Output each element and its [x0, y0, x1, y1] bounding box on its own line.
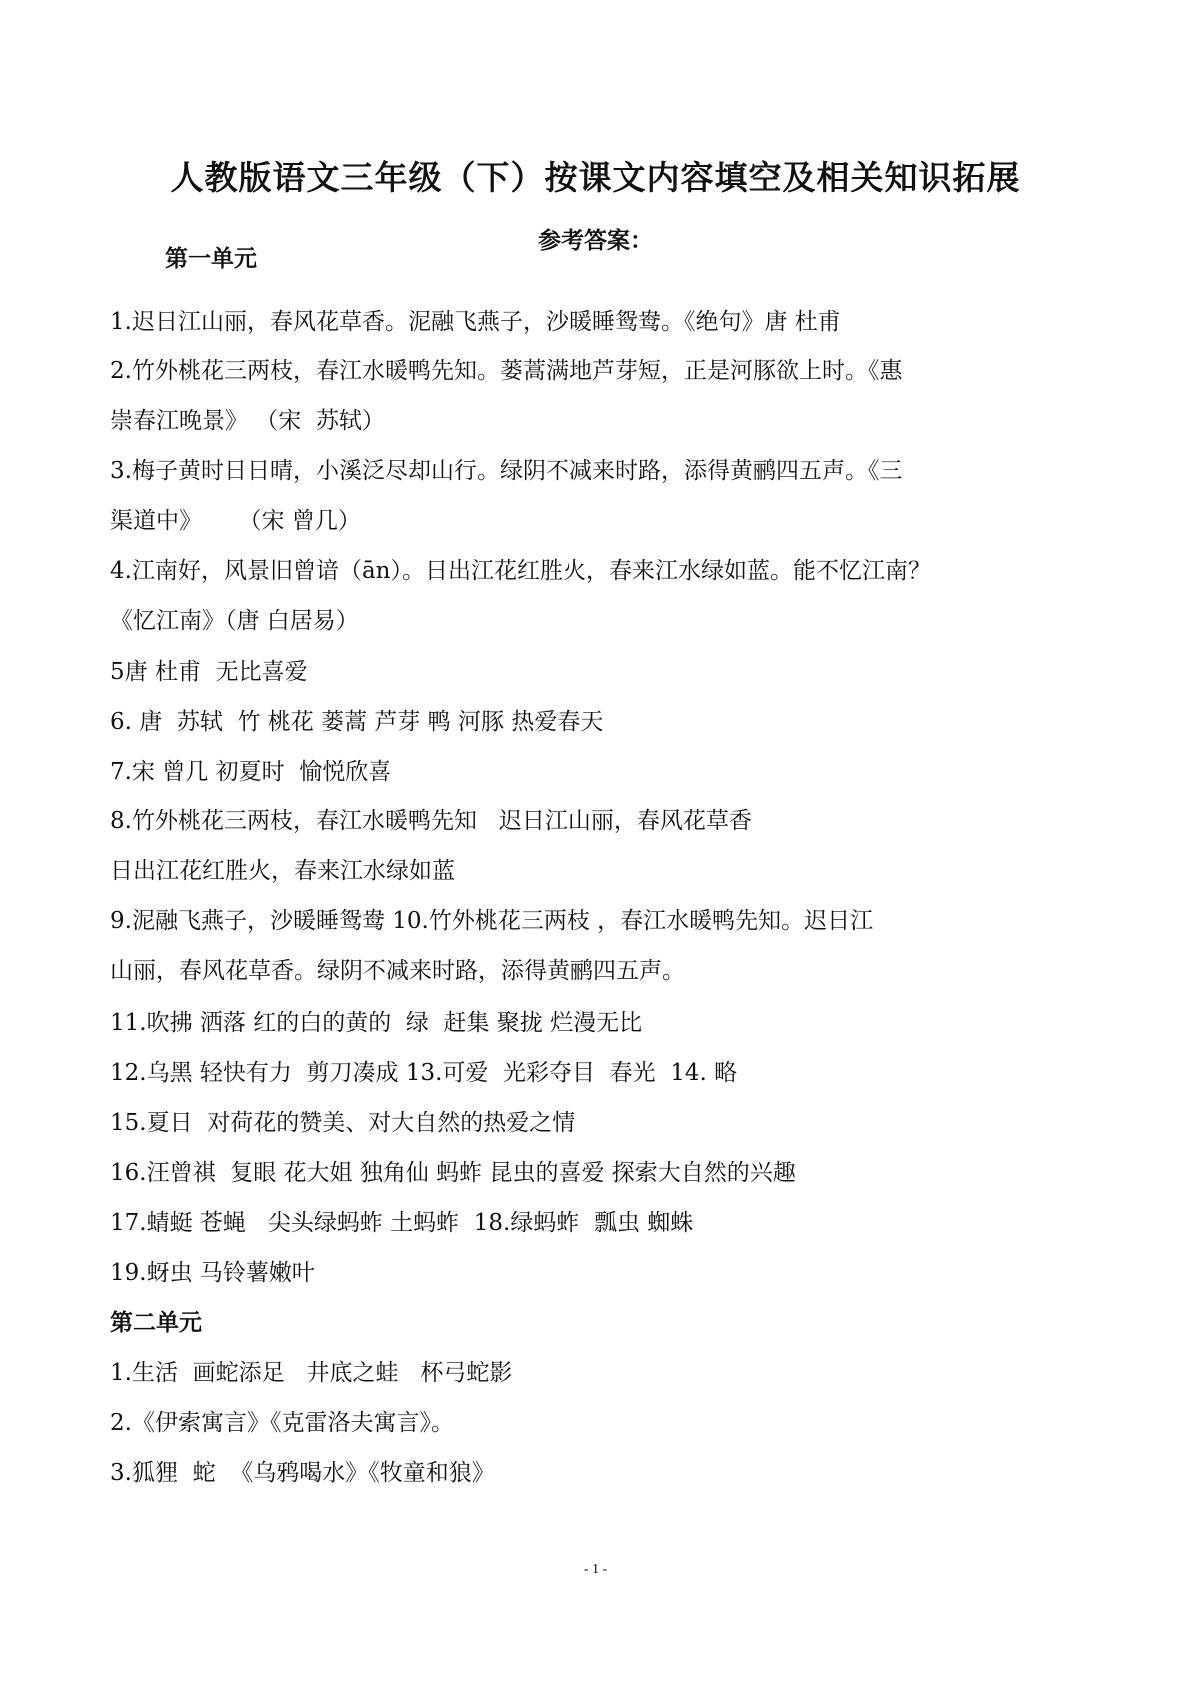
answer-line: 1.迟日江山丽，春风花草香。泥融飞燕子，沙暖睡鸳鸯。《绝句》唐 杜甫: [110, 307, 841, 337]
answer-line: 16.汪曾祺 复眼 花大姐 独角仙 蚂蚱 昆虫的喜爱 探索大自然的兴趣: [110, 1158, 796, 1188]
answer-line: 3.梅子黄时日日晴，小溪泛尽却山行。绿阴不减来时路，添得黄鹂四五声。《三: [110, 456, 902, 486]
answer-line: 2.《伊索寓言》《克雷洛夫寓言》。: [110, 1408, 454, 1438]
answer-line: 渠道中》 （宋 曾几）: [110, 506, 361, 536]
document-title: 人教版语文三年级（下）按课文内容填空及相关知识拓展: [0, 152, 1191, 199]
answer-line: 19.蚜虫 马铃薯嫩叶: [110, 1258, 315, 1288]
answer-line: 17.蜻蜓 苍蝇 尖头绿蚂蚱 土蚂蚱 18.绿蚂蚱 瓢虫 蜘蛛: [110, 1208, 693, 1238]
answer-line: 8.竹外桃花三两枝，春江水暖鸭先知 迟日江山丽，春风花草香: [110, 806, 752, 836]
answer-line: 崇春江晚景》 （宋 苏轼）: [110, 406, 385, 436]
answer-line: 6. 唐 苏轼 竹 桃花 蒌蒿 芦芽 鸭 河豚 热爱春天: [110, 707, 603, 737]
answer-line: 5唐 杜甫 无比喜爱: [110, 657, 308, 687]
answer-line: 15.夏日 对荷花的赞美、对大自然的热爱之情: [110, 1108, 575, 1138]
answer-line: 4.江南好，风景旧曾谙（ān）。日出江花红胜火，春来江水绿如蓝。能不忆江南？: [110, 556, 931, 586]
unit-heading: 第二单元: [110, 1308, 202, 1338]
answer-line: 2.竹外桃花三两枝，春江水暖鸭先知。蒌蒿满地芦芽短，正是河豚欲上时。《惠: [110, 356, 902, 386]
answer-line: 日出江花红胜火，春来江水绿如蓝: [110, 856, 455, 886]
answer-line: 《忆江南》（唐 白居易）: [110, 606, 359, 636]
answer-line: 3.狐狸 蛇 《乌鸦喝水》《牧童和狼》: [110, 1458, 495, 1488]
answer-line: 7.宋 曾几 初夏时 愉悦欣喜: [110, 757, 391, 787]
answer-line: 11.吹拂 洒落 红的白的黄的 绿 赶集 聚拢 烂漫无比: [110, 1008, 642, 1038]
answer-line: 山丽，春风花草香。绿阴不减来时路，添得黄鹂四五声。: [110, 956, 685, 986]
answer-line: 9.泥融飞燕子，沙暖睡鸳鸯 10.竹外桃花三两枝 ，春江水暖鸭先知。迟日江: [110, 906, 873, 936]
page-number: - 1 -: [0, 1562, 1191, 1578]
answer-line: 1.生活 画蛇添足 井底之蛙 杯弓蛇影: [110, 1358, 512, 1388]
unit-heading: 第一单元: [165, 244, 257, 274]
answer-line: 12.乌黑 轻快有力 剪刀凑成 13.可爱 光彩夺目 春光 14. 略: [110, 1058, 737, 1088]
